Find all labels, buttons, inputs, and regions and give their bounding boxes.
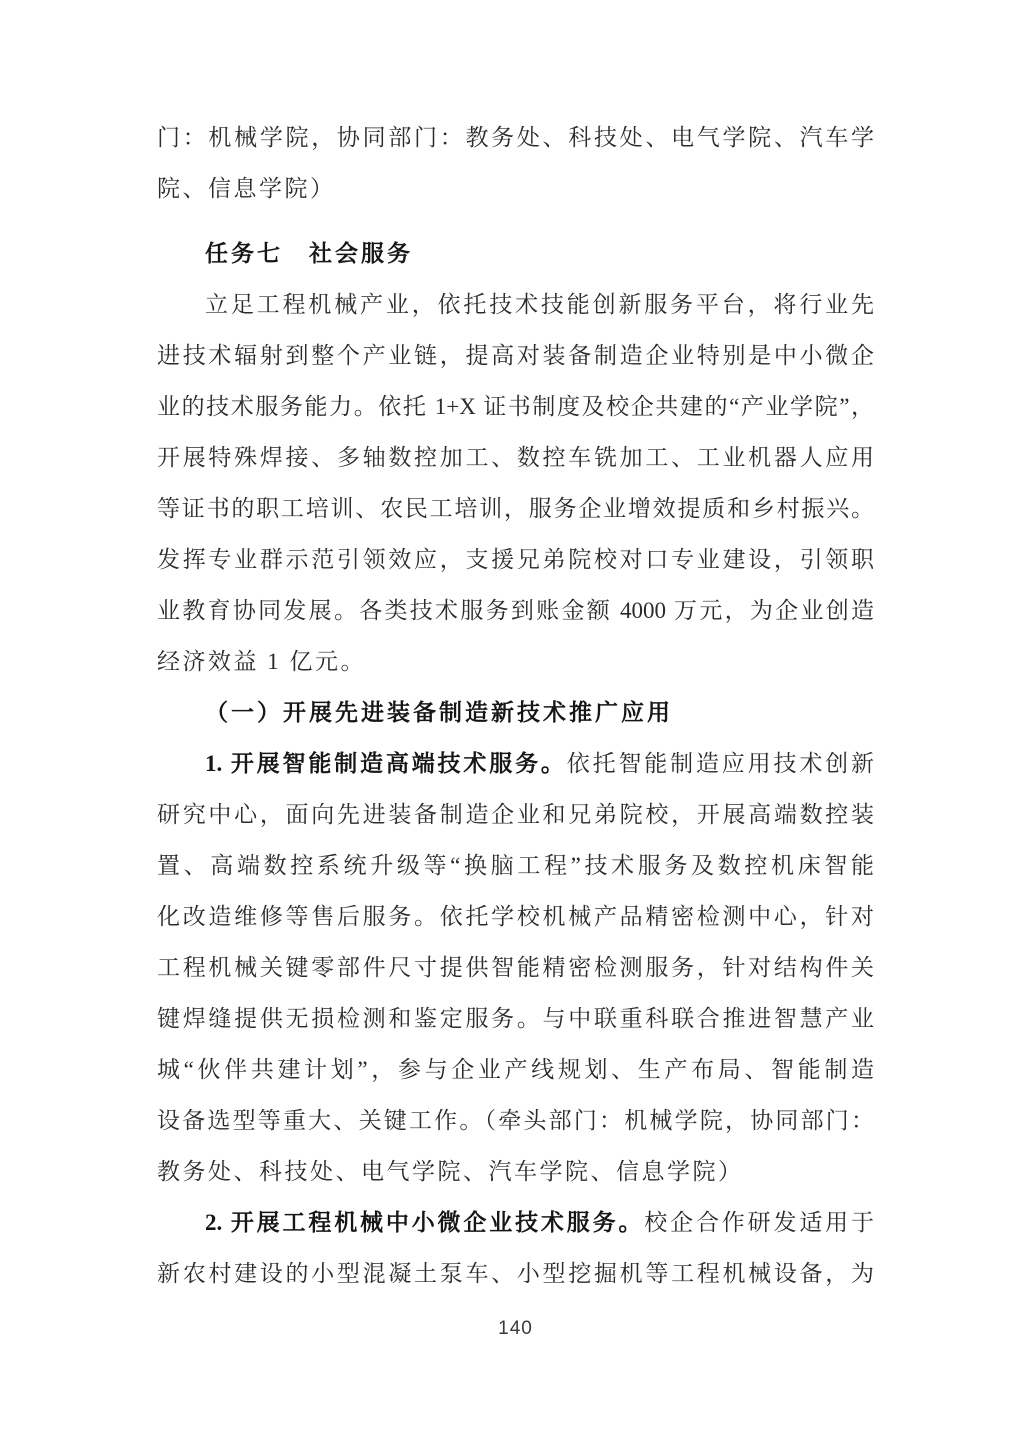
subsection-heading-1: （一）开展先进装备制造新技术推广应用 <box>157 687 874 738</box>
text-line: 发挥专业群示范引领效应，支援兄弟院校对口专业建设，引领职 <box>157 534 874 585</box>
section-heading-task7: 任务七 社会服务 <box>157 228 874 279</box>
text-line: 立足工程机械产业，依托技术技能创新服务平台，将行业先 <box>157 279 874 330</box>
text-line: 置、高端数控系统升级等“换脑工程”技术服务及数控机床智能 <box>157 840 874 891</box>
text-line: 开展特殊焊接、多轴数控加工、数控车铣加工、工业机器人应用 <box>157 432 874 483</box>
text-line: 设备选型等重大、关键工作。（牵头部门：机械学院，协同部门： <box>157 1095 874 1146</box>
text-line: 键焊缝提供无损检测和鉴定服务。与中联重科联合推进智慧产业 <box>157 993 874 1044</box>
text-line: 进技术辐射到整个产业链，提高对装备制造企业特别是中小微企 <box>157 330 874 381</box>
text-line: 1. 开展智能制造高端技术服务。依托智能制造应用技术创新 <box>157 738 874 789</box>
document-page: 门：机械学院，协同部门：教务处、科技处、电气学院、汽车学 院、信息学院） 任务七… <box>157 112 874 1299</box>
text-line: 教务处、科技处、电气学院、汽车学院、信息学院） <box>157 1146 874 1197</box>
text-line: 新农村建设的小型混凝土泵车、小型挖掘机等工程机械设备，为 <box>157 1248 874 1299</box>
text-line: 等证书的职工培训、农民工培训，服务企业增效提质和乡村振兴。 <box>157 483 874 534</box>
text-line: 业的技术服务能力。依托 1+X 证书制度及校企共建的“产业学院”， <box>157 381 874 432</box>
text-line: 研究中心，面向先进装备制造企业和兄弟院校，开展高端数控装 <box>157 789 874 840</box>
text-line: 化改造维修等售后服务。依托学校机械产品精密检测中心，针对 <box>157 891 874 942</box>
paragraph-lead-bold: 1. 开展智能制造高端技术服务。 <box>205 751 567 776</box>
text-run: 依托智能制造应用技术创新 <box>567 751 874 776</box>
text-line: 2. 开展工程机械中小微企业技术服务。校企合作研发适用于 <box>157 1197 874 1248</box>
text-line: 院、信息学院） <box>157 163 874 214</box>
page-number: 140 <box>157 1318 874 1340</box>
text-line: 工程机械关键零部件尺寸提供智能精密检测服务，针对结构件关 <box>157 942 874 993</box>
text-line: 门：机械学院，协同部门：教务处、科技处、电气学院、汽车学 <box>157 112 874 163</box>
text-run: 校企合作研发适用于 <box>644 1210 874 1235</box>
text-line: 经济效益 1 亿元。 <box>157 636 874 687</box>
paragraph-lead-bold: 2. 开展工程机械中小微企业技术服务。 <box>205 1210 644 1235</box>
text-line: 城“伙伴共建计划”，参与企业产线规划、生产布局、智能制造 <box>157 1044 874 1095</box>
text-line: 业教育协同发展。各类技术服务到账金额 4000 万元，为企业创造 <box>157 585 874 636</box>
